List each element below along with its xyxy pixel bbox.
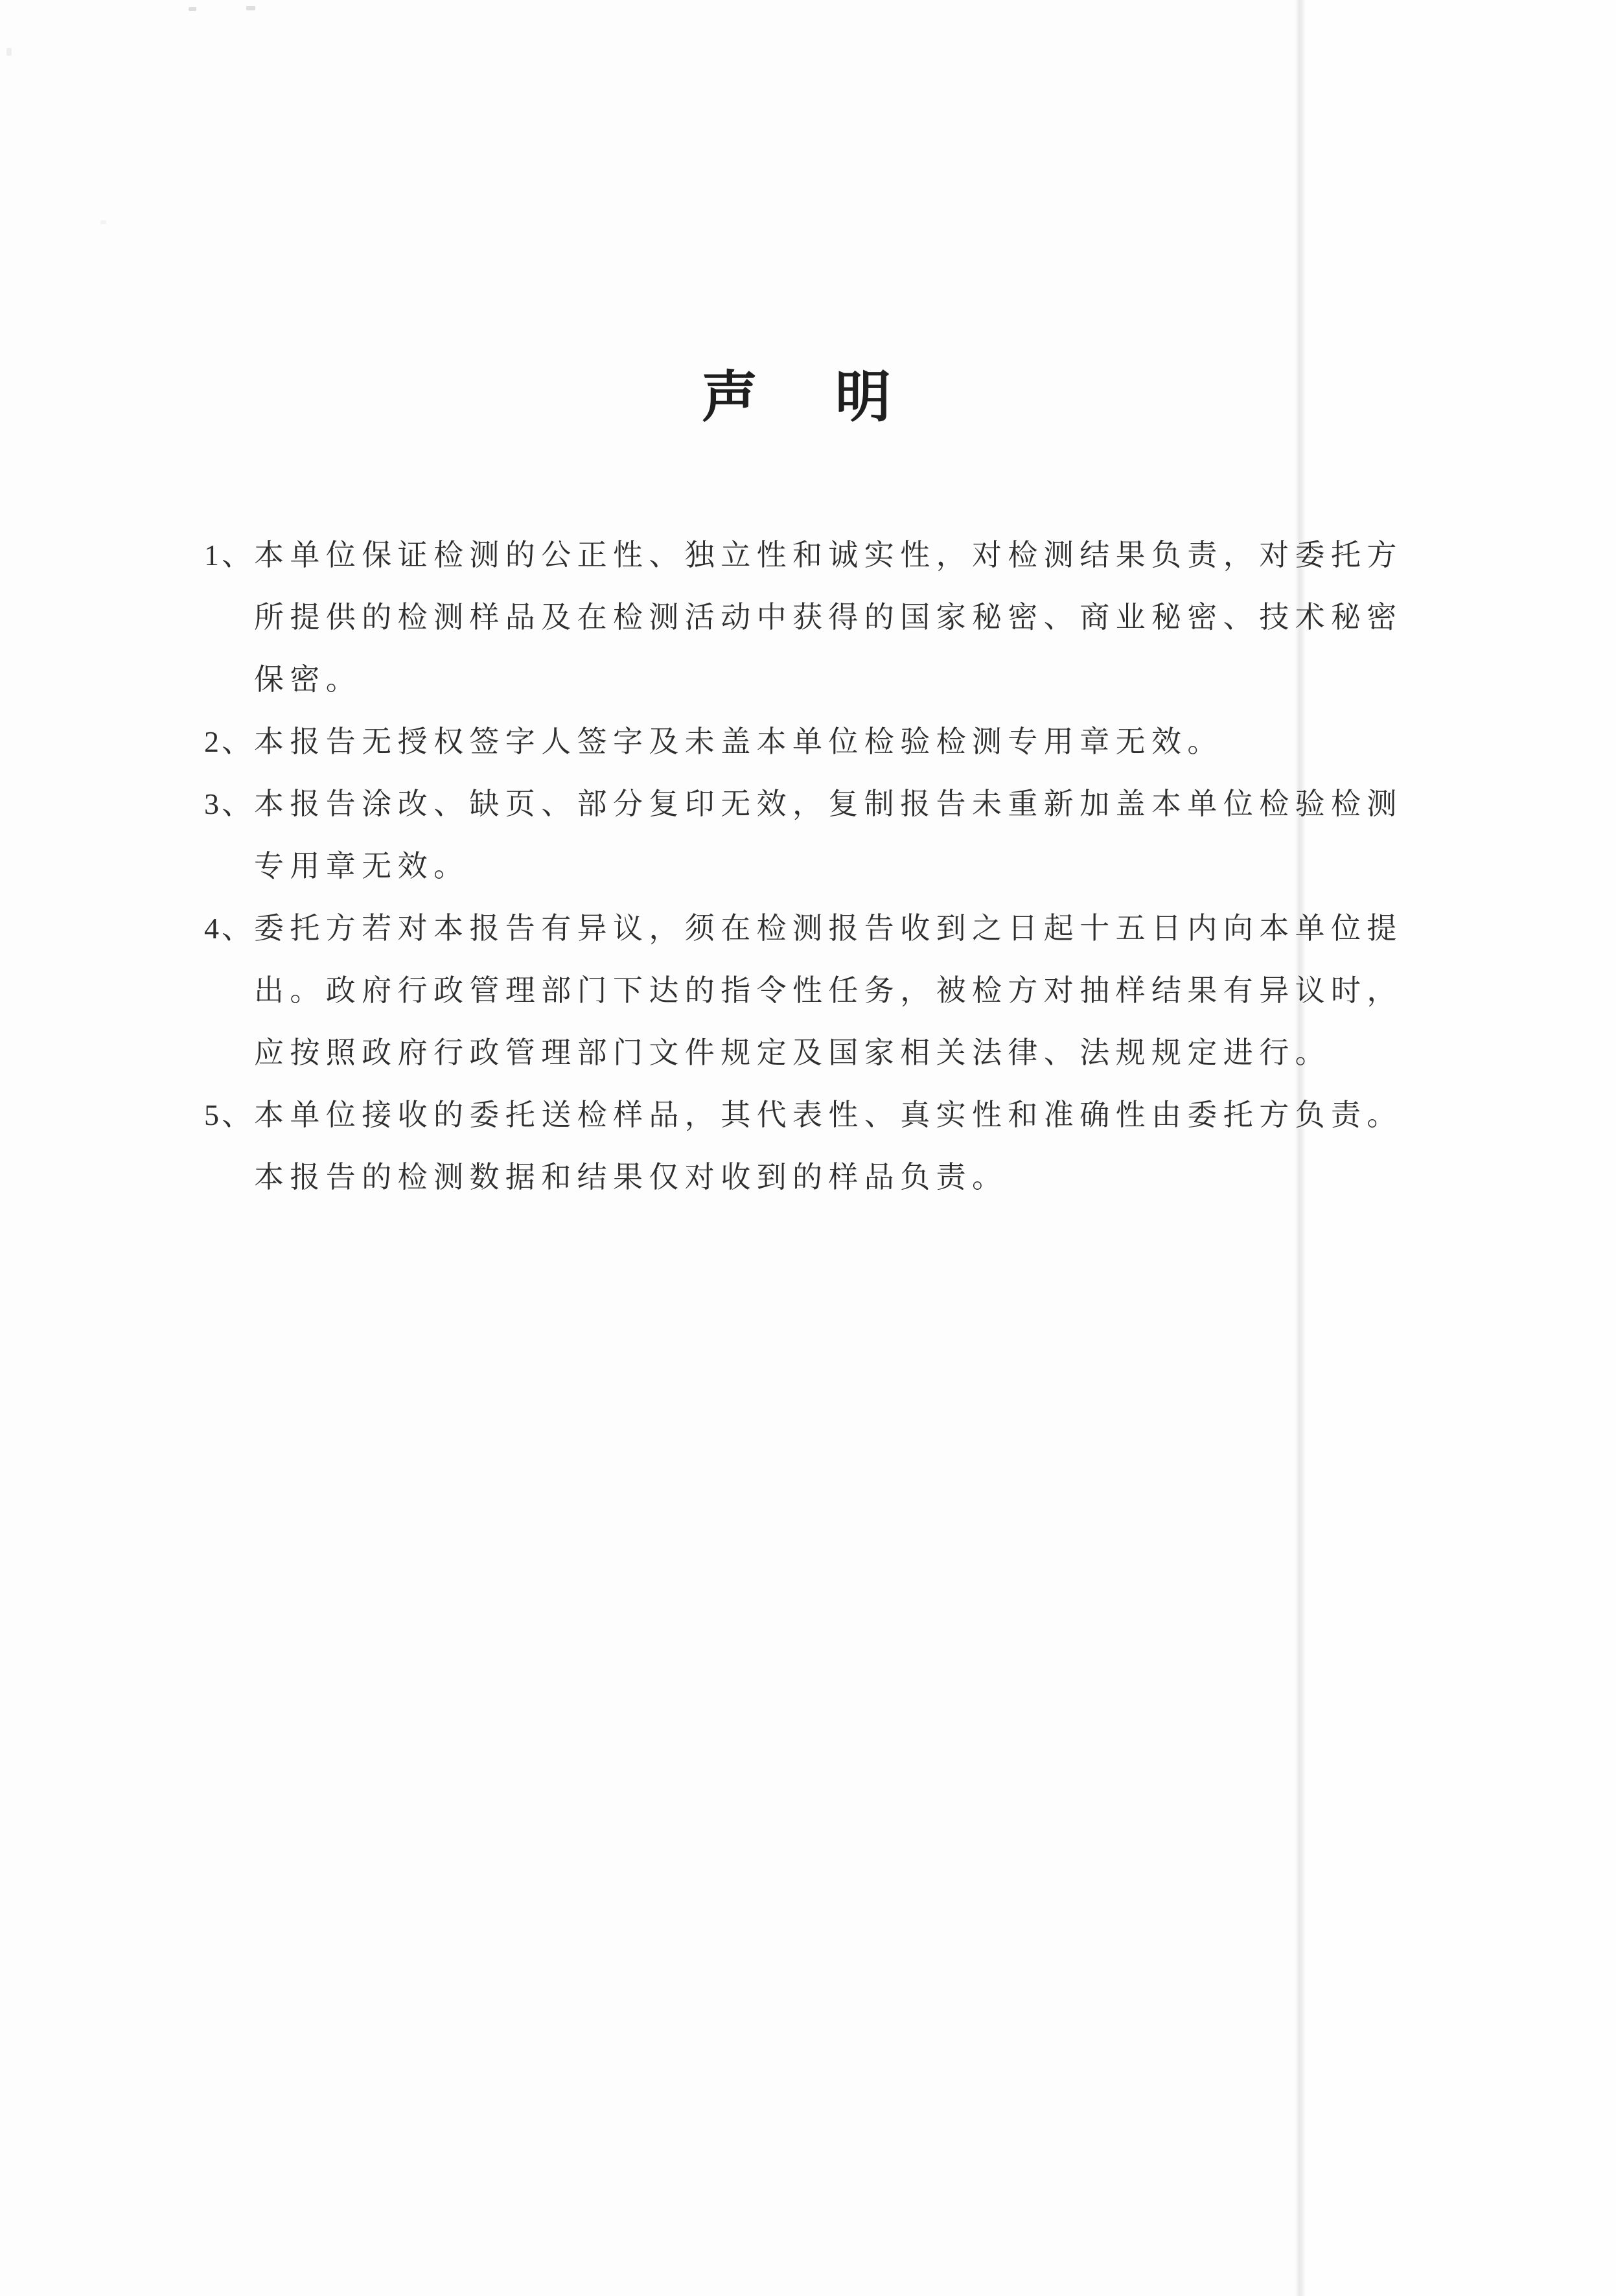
- scan-speck: [6, 48, 12, 56]
- clause-text: 本单位接收的委托送检样品，其代表性、真实性和准确性由委托方负责。: [254, 1095, 1403, 1135]
- clause-text: 应按照政府行政管理部门文件规定及国家相关法律、法规规定进行。: [254, 1033, 1331, 1073]
- clause-text: 本单位保证检测的公正性、独立性和诚实性，对检测结果负责，对委托方: [254, 535, 1403, 575]
- statement-line: 5、 本单位接收的委托送检样品，其代表性、真实性和准确性由委托方负责。: [0, 1095, 1616, 1135]
- clause-number: 3、: [204, 784, 254, 824]
- statement-line: 2、 本报告无授权签字人签字及未盖本单位检验检测专用章无效。: [0, 722, 1616, 762]
- page-title-char-2: 明: [835, 368, 891, 426]
- page-title: 声 明: [0, 368, 1593, 426]
- clause-number: 2、: [204, 722, 254, 762]
- statement-line: 3、 本报告涂改、缺页、部分复印无效，复制报告未重新加盖本单位检验检测: [0, 784, 1616, 824]
- statement-line: 4、 委托方若对本报告有异议，须在检测报告收到之日起十五日内向本单位提: [0, 909, 1616, 949]
- statement-line: 专用章无效。: [0, 846, 1616, 887]
- statement-line: 出。政府行政管理部门下达的指令性任务，被检方对抽样结果有异议时，: [0, 971, 1616, 1011]
- statement-line: 本报告的检测数据和结果仅对收到的样品负责。: [0, 1157, 1616, 1198]
- clause-text: 专用章无效。: [254, 846, 469, 887]
- clause-text: 所提供的检测样品及在检测活动中获得的国家秘密、商业秘密、技术秘密: [254, 597, 1403, 638]
- page-title-char-1: 声: [702, 368, 757, 426]
- clause-text: 本报告的检测数据和结果仅对收到的样品负责。: [254, 1157, 1008, 1198]
- statement-page: 声 明 1、 本单位保证检测的公正性、独立性和诚实性，对检测结果负责，对委托方 …: [0, 0, 1616, 2296]
- scan-speck: [246, 6, 255, 10]
- clause-text: 保密。: [254, 660, 362, 700]
- clause-text: 出。政府行政管理部门下达的指令性任务，被检方对抽样结果有异议时，: [254, 971, 1403, 1011]
- statement-line: 应按照政府行政管理部门文件规定及国家相关法律、法规规定进行。: [0, 1033, 1616, 1073]
- scan-edge-band: [1306, 0, 1616, 2296]
- scan-speck: [100, 220, 106, 224]
- clause-number: 5、: [204, 1095, 254, 1135]
- clause-number: 1、: [204, 535, 254, 575]
- statement-line: 1、 本单位保证检测的公正性、独立性和诚实性，对检测结果负责，对委托方: [0, 535, 1616, 575]
- scan-streak-artifact: [1295, 0, 1306, 2296]
- clause-text: 本报告无授权签字人签字及未盖本单位检验检测专用章无效。: [254, 722, 1223, 762]
- scan-speck: [189, 7, 196, 11]
- clause-text: 本报告涂改、缺页、部分复印无效，复制报告未重新加盖本单位检验检测: [254, 784, 1403, 824]
- clause-number: 4、: [204, 909, 254, 949]
- clause-text: 委托方若对本报告有异议，须在检测报告收到之日起十五日内向本单位提: [254, 909, 1403, 949]
- statement-line: 所提供的检测样品及在检测活动中获得的国家秘密、商业秘密、技术秘密: [0, 597, 1616, 638]
- statement-line: 保密。: [0, 660, 1616, 700]
